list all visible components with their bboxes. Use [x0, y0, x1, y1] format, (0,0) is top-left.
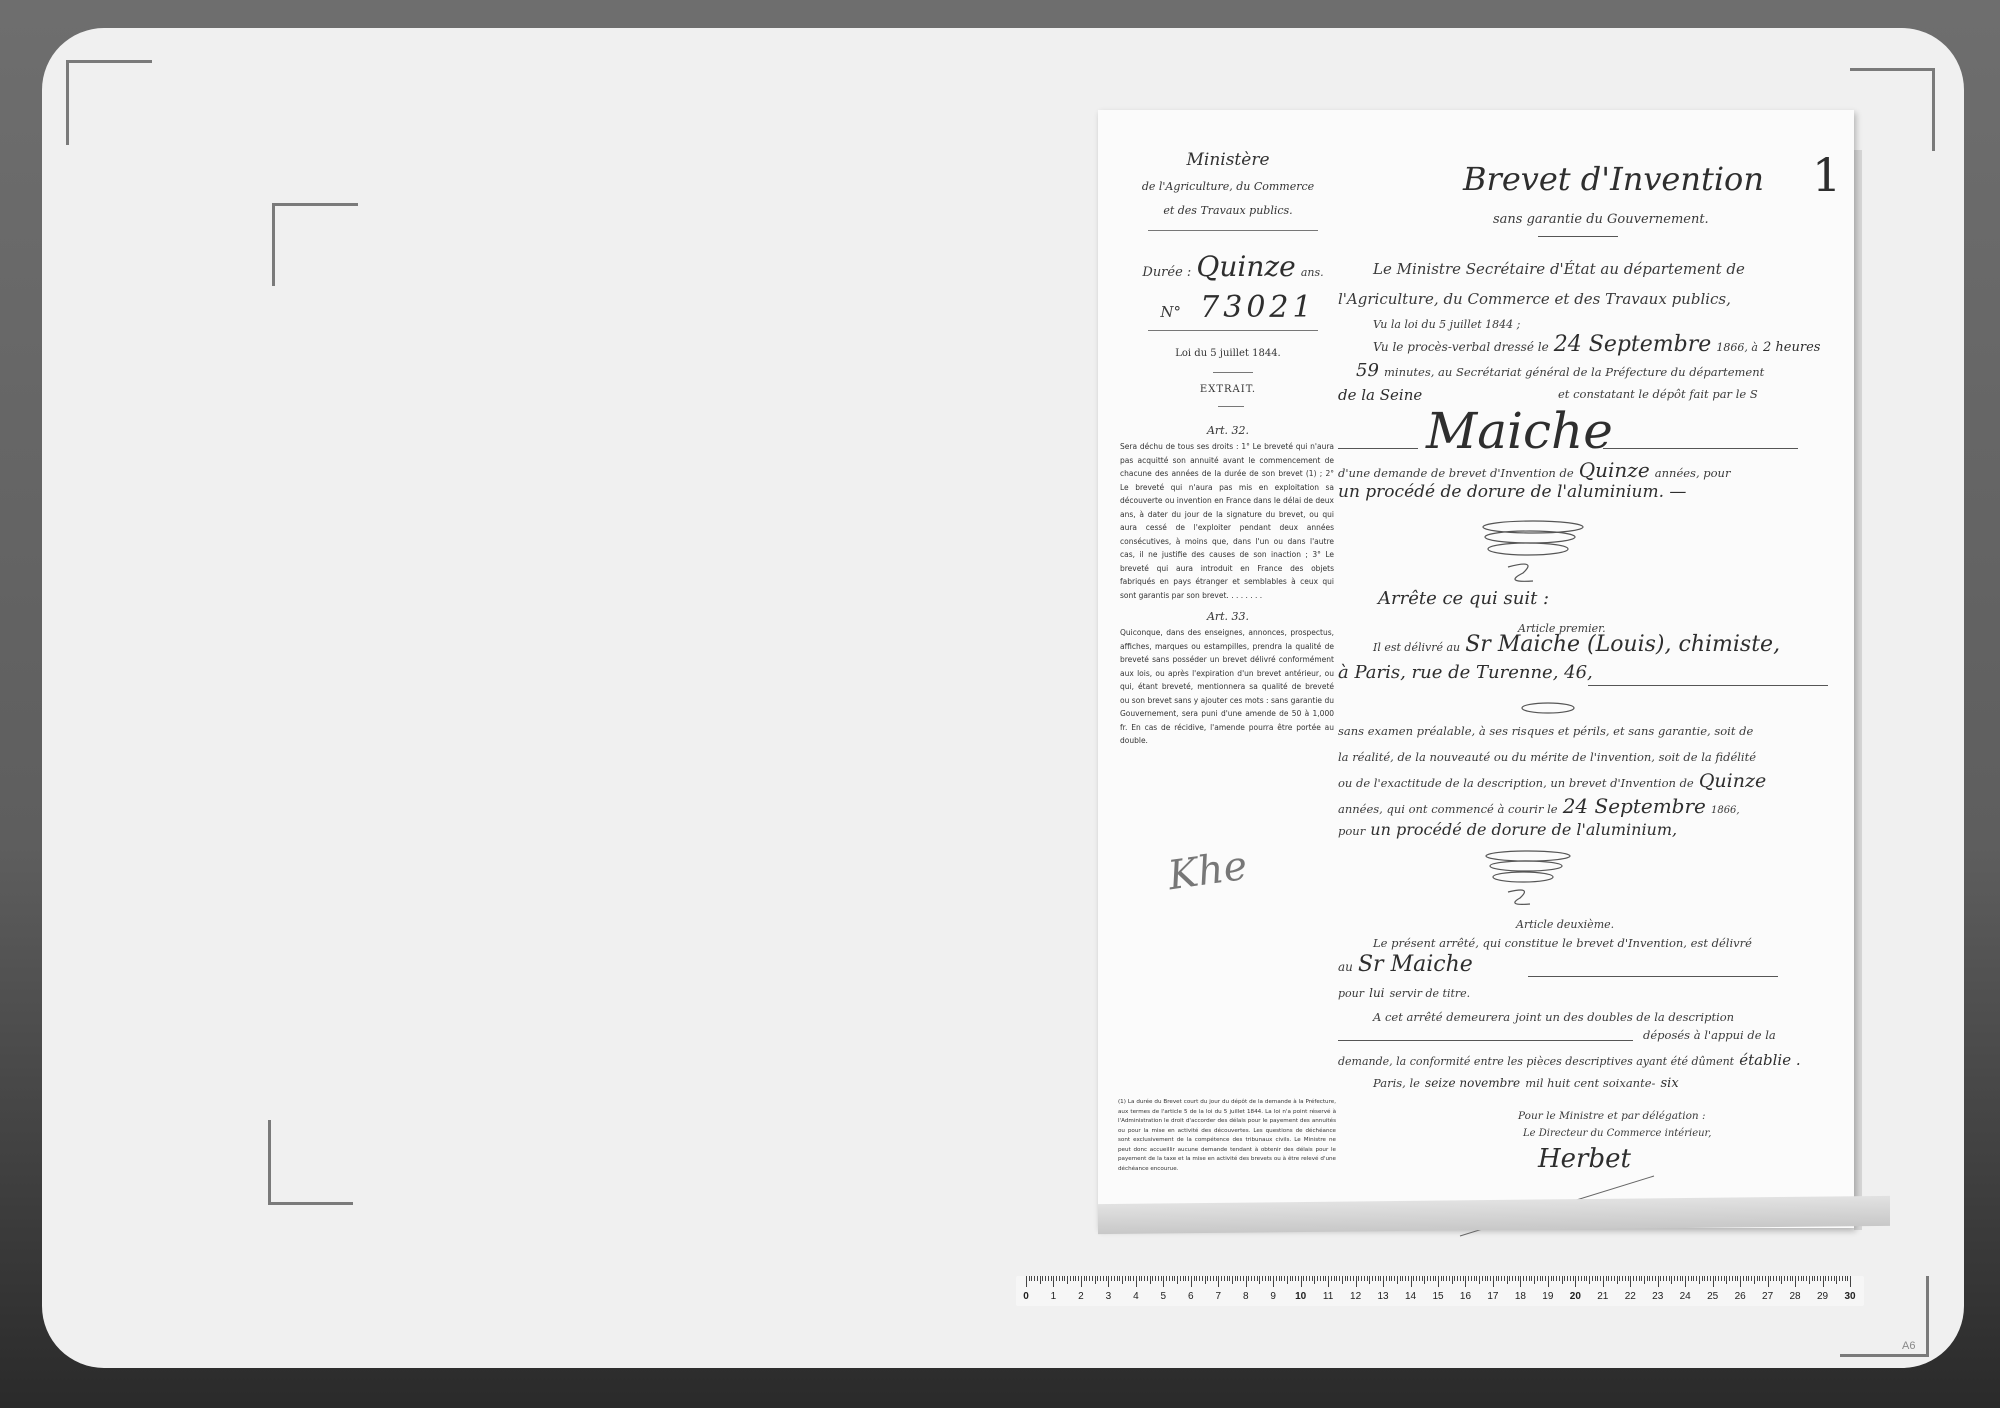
- ruler-tick: [1128, 1276, 1129, 1281]
- ruler-label: 14: [1405, 1291, 1416, 1302]
- ruler-tick: [1213, 1276, 1214, 1281]
- patent-number: 73021: [1200, 290, 1315, 325]
- ruler-tick: [1735, 1276, 1736, 1281]
- ruler-tick: [1663, 1276, 1664, 1281]
- ruler-tick: [1367, 1276, 1368, 1281]
- ruler-tick: [1342, 1276, 1343, 1284]
- article2-line6: demande, la conformité entre les pièces …: [1338, 1050, 1801, 1069]
- preamble-line3: Vu la loi du 5 juillet 1844 ;: [1373, 318, 1520, 331]
- ruler-tick: [1073, 1276, 1074, 1281]
- ruler-tick: [1273, 1276, 1274, 1287]
- article-text: pour: [1338, 987, 1364, 1000]
- ruler-tick: [1262, 1276, 1263, 1281]
- ruler-tick: [1465, 1276, 1466, 1287]
- ruler-tick: [1707, 1276, 1708, 1281]
- ruler-tick: [1592, 1276, 1593, 1281]
- ruler-tick: [1364, 1276, 1365, 1281]
- article-text: mil huit cent soixante-: [1525, 1076, 1655, 1090]
- ruler-tick: [1169, 1276, 1170, 1281]
- invention-purpose: un procédé de dorure de l'aluminium. —: [1338, 482, 1686, 502]
- ruler-tick: [1682, 1276, 1683, 1281]
- ruler-tick: [1144, 1276, 1145, 1281]
- ruler-tick: [1773, 1276, 1774, 1281]
- ruler-tick: [1776, 1276, 1777, 1281]
- article-text: joint un des doubles de la description: [1515, 1010, 1734, 1024]
- ruler-tick: [1622, 1276, 1623, 1281]
- ruler-tick: [1765, 1276, 1766, 1281]
- ruler-tick: [1586, 1276, 1587, 1281]
- ruler-tick: [1290, 1276, 1291, 1281]
- signature-line1: Pour le Ministre et par délégation :: [1518, 1110, 1706, 1122]
- ruler-tick: [1246, 1276, 1247, 1287]
- ruler-tick: [1413, 1276, 1414, 1281]
- ruler-tick: [1378, 1276, 1379, 1281]
- ruler-tick: [1026, 1276, 1027, 1287]
- ruler-tick: [1487, 1276, 1488, 1281]
- article-text: Il est délivré au: [1373, 641, 1460, 654]
- crop-mark-outer-top-right: [1850, 68, 1935, 151]
- ruler-tick: [1740, 1276, 1741, 1287]
- ruler-label: 4: [1133, 1291, 1139, 1302]
- ruler-tick: [1759, 1276, 1760, 1281]
- ruler-tick: [1139, 1276, 1140, 1281]
- ruler-tick: [1449, 1276, 1450, 1281]
- article2-line5: déposés à l'appui de la: [1643, 1028, 1776, 1042]
- ruler-tick: [1205, 1276, 1206, 1284]
- ruler-tick: [1471, 1276, 1472, 1281]
- ruler-label: 8: [1243, 1291, 1249, 1302]
- ruler-tick: [1803, 1276, 1804, 1281]
- ruler-tick: [1526, 1276, 1527, 1281]
- ruler-tick: [1693, 1276, 1694, 1281]
- board-label: A6: [1902, 1340, 1915, 1352]
- article-text: ou de l'exactitude de la description, un…: [1338, 776, 1694, 790]
- ruler-label: 1: [1051, 1291, 1057, 1302]
- art32-title: Art. 32.: [1118, 424, 1338, 437]
- ruler-tick: [1606, 1276, 1607, 1281]
- ruler-tick: [1724, 1276, 1725, 1281]
- ruler-tick: [1531, 1276, 1532, 1281]
- ruler-tick: [1279, 1276, 1280, 1281]
- ruler-tick: [1325, 1276, 1326, 1281]
- ruler-tick: [1603, 1276, 1604, 1287]
- ruler-label: 10: [1295, 1291, 1306, 1302]
- ruler-tick: [1086, 1276, 1087, 1281]
- ruler-tick: [1422, 1276, 1423, 1281]
- duree-row: Durée : Quinze ans.: [1128, 250, 1338, 283]
- preamble-line2: l'Agriculture, du Commerce et des Travau…: [1338, 290, 1731, 308]
- ruler-tick: [1669, 1276, 1670, 1281]
- law-reference: Loi du 5 juillet 1844.: [1118, 348, 1338, 359]
- ruler-tick: [1787, 1276, 1788, 1281]
- patent-document: 1 Ministère de l'Agriculture, du Commerc…: [1098, 110, 1854, 1228]
- ruler-tick: [1806, 1276, 1807, 1281]
- ruler-tick: [1232, 1276, 1233, 1284]
- ruler-tick: [1482, 1276, 1483, 1281]
- ruler-tick: [1715, 1276, 1716, 1281]
- ruler-tick: [1636, 1276, 1637, 1281]
- art32-text: Sera déchu de tous ses droits : 1° Le br…: [1120, 440, 1334, 602]
- ruler-tick: [1136, 1276, 1137, 1287]
- ruler-tick: [1501, 1276, 1502, 1281]
- ruler-tick: [1666, 1276, 1667, 1281]
- margin-initials: Khe: [1165, 843, 1250, 900]
- issue-year: six: [1661, 1076, 1679, 1091]
- ruler-tick: [1284, 1276, 1285, 1281]
- ruler-tick: [1100, 1276, 1101, 1281]
- ruler-label: 17: [1487, 1291, 1498, 1302]
- ruler-tick: [1509, 1276, 1510, 1281]
- ruler-tick: [1457, 1276, 1458, 1281]
- ruler-tick: [1254, 1276, 1255, 1281]
- name-rule-left: [1338, 448, 1418, 449]
- ruler-tick: [1240, 1276, 1241, 1281]
- ruler-tick: [1257, 1276, 1258, 1281]
- ruler-tick: [1545, 1276, 1546, 1281]
- ruler-tick: [1345, 1276, 1346, 1281]
- page-number: 1: [1812, 148, 1841, 202]
- article1-text5: pour un procédé de dorure de l'aluminium…: [1338, 820, 1677, 839]
- ruler-tick: [1680, 1276, 1681, 1281]
- ruler-tick: [1476, 1276, 1477, 1281]
- ruler-tick: [1628, 1276, 1629, 1281]
- ruler-tick: [1400, 1276, 1401, 1281]
- handwritten-word: établie .: [1739, 1051, 1800, 1069]
- ruler-tick: [1520, 1276, 1521, 1287]
- ruler-tick: [1671, 1276, 1672, 1284]
- crop-mark-inner-top-left: [272, 203, 358, 286]
- ruler-tick: [1842, 1276, 1843, 1281]
- ruler-tick: [1218, 1276, 1219, 1287]
- ruler-tick: [1268, 1276, 1269, 1281]
- ruler-tick: [1150, 1276, 1151, 1284]
- name-rule: [1528, 976, 1778, 977]
- ruler-tick: [1405, 1276, 1406, 1281]
- ruler-label: 30: [1844, 1291, 1855, 1302]
- ruler-tick: [1479, 1276, 1480, 1284]
- ruler-tick: [1713, 1276, 1714, 1287]
- deposit-date: 24 Septembre: [1554, 332, 1712, 357]
- ruler-tick: [1347, 1276, 1348, 1281]
- ruler-tick: [1438, 1276, 1439, 1287]
- ruler-tick: [1155, 1276, 1156, 1281]
- footnote: (1) La durée du Brevet court du jour du …: [1118, 1098, 1336, 1174]
- ruler-tick: [1064, 1276, 1065, 1281]
- ruler-tick: [1743, 1276, 1744, 1281]
- document-title: Brevet d'Invention: [1463, 160, 1764, 198]
- deposit-hours: 2 heures: [1763, 340, 1820, 355]
- ruler-tick: [1237, 1276, 1238, 1281]
- ruler-tick: [1375, 1276, 1376, 1281]
- ruler-tick: [1647, 1276, 1648, 1281]
- ruler-tick: [1617, 1276, 1618, 1284]
- ruler-tick: [1746, 1276, 1747, 1281]
- ruler-tick: [1718, 1276, 1719, 1281]
- department: de la Seine: [1338, 386, 1422, 404]
- preamble-text: minutes, au Secrétariat général de la Pr…: [1384, 365, 1764, 379]
- ruler-tick: [1034, 1276, 1035, 1281]
- ruler-tick: [1834, 1276, 1835, 1281]
- ruler-tick: [1185, 1276, 1186, 1281]
- article-text: Paris, le: [1373, 1076, 1420, 1090]
- ruler-tick: [1062, 1276, 1063, 1281]
- preamble-text: et constatant le dépôt fait par le S: [1558, 387, 1758, 401]
- ruler-tick: [1216, 1276, 1217, 1281]
- ruler-tick: [1737, 1276, 1738, 1281]
- ruler-tick: [1817, 1276, 1818, 1281]
- ruler-tick: [1460, 1276, 1461, 1281]
- ruler-tick: [1235, 1276, 1236, 1281]
- deposit-year: 1866, à: [1716, 341, 1758, 354]
- ruler-tick: [1353, 1276, 1354, 1281]
- ruler-tick: [1633, 1276, 1634, 1281]
- ruler-tick: [1845, 1276, 1846, 1281]
- ruler-tick: [1383, 1276, 1384, 1287]
- ruler-tick: [1595, 1276, 1596, 1281]
- crop-mark-inner-bottom-left: [268, 1120, 353, 1205]
- art33-title: Art. 33.: [1118, 610, 1338, 623]
- ruler-label: 22: [1625, 1291, 1636, 1302]
- ruler-tick: [1141, 1276, 1142, 1281]
- divider-short: [1213, 372, 1253, 373]
- ruler-tick: [1314, 1276, 1315, 1284]
- ruler-tick: [1644, 1276, 1645, 1284]
- ruler-tick: [1790, 1276, 1791, 1281]
- patent-duration: Quinze: [1699, 770, 1766, 792]
- ruler-tick: [1188, 1276, 1189, 1281]
- ruler-tick: [1619, 1276, 1620, 1281]
- ruler-tick: [1534, 1276, 1535, 1284]
- ruler-label: 27: [1762, 1291, 1773, 1302]
- flourish-small: [1518, 698, 1578, 718]
- ruler-tick: [1270, 1276, 1271, 1281]
- ruler-tick: [1721, 1276, 1722, 1281]
- ruler-tick: [1792, 1276, 1793, 1281]
- ruler-tick: [1443, 1276, 1444, 1281]
- article2-title: Article deuxième.: [1516, 918, 1614, 931]
- ruler-tick: [1751, 1276, 1752, 1281]
- ruler-label: 15: [1432, 1291, 1443, 1302]
- ruler-tick: [1608, 1276, 1609, 1281]
- ruler-tick: [1251, 1276, 1252, 1281]
- ruler-tick: [1540, 1276, 1541, 1281]
- ruler-tick: [1221, 1276, 1222, 1281]
- ruler-tick: [1474, 1276, 1475, 1281]
- ruler-label: 18: [1515, 1291, 1526, 1302]
- blank-rule: [1338, 1040, 1633, 1041]
- invention-purpose: un procédé de dorure de l'aluminium,: [1370, 820, 1677, 839]
- preamble-line8: d'une demande de brevet d'Invention de Q…: [1338, 458, 1730, 482]
- ruler-tick: [1391, 1276, 1392, 1281]
- ruler-tick: [1652, 1276, 1653, 1281]
- ruler-tick: [1649, 1276, 1650, 1281]
- ruler-tick: [1298, 1276, 1299, 1281]
- ruler-tick: [1397, 1276, 1398, 1284]
- ruler-tick: [1699, 1276, 1700, 1284]
- ruler-tick: [1685, 1276, 1686, 1287]
- ruler-tick: [1196, 1276, 1197, 1281]
- article2-line2: au Sr Maiche: [1338, 952, 1473, 977]
- ruler-tick: [1103, 1276, 1104, 1281]
- ruler-tick: [1548, 1276, 1549, 1287]
- ruler-tick: [1578, 1276, 1579, 1281]
- ruler-label: 20: [1570, 1291, 1581, 1302]
- ruler-tick: [1427, 1276, 1428, 1281]
- ruler-tick: [1812, 1276, 1813, 1281]
- divider-short: [1218, 406, 1244, 407]
- ruler-tick: [1281, 1276, 1282, 1281]
- arrete-heading: Arrête ce qui suit :: [1378, 588, 1549, 609]
- preamble-line5: 59 minutes, au Secrétariat général de la…: [1356, 360, 1764, 381]
- ruler-tick: [1386, 1276, 1387, 1281]
- ruler-label: 0: [1023, 1291, 1029, 1302]
- ruler-tick: [1600, 1276, 1601, 1281]
- ruler-tick: [1130, 1276, 1131, 1281]
- ruler-label: 21: [1597, 1291, 1608, 1302]
- ruler-tick: [1229, 1276, 1230, 1281]
- ruler-label: 5: [1161, 1291, 1167, 1302]
- crop-mark-outer-top-left: [66, 60, 152, 145]
- article-text: demande, la conformité entre les pièces …: [1338, 1055, 1734, 1068]
- article-text: servir de titre.: [1390, 987, 1471, 1000]
- ruler-tick: [1191, 1276, 1192, 1287]
- ruler-tick: [1784, 1276, 1785, 1281]
- start-date: 24 Septembre: [1563, 794, 1706, 818]
- ruler-tick: [1075, 1276, 1076, 1281]
- ruler-tick: [1847, 1276, 1848, 1281]
- extrait-heading: EXTRAIT.: [1118, 384, 1338, 395]
- ministry-line3: et des Travaux publics.: [1118, 204, 1338, 217]
- duree-value: Quinze: [1196, 250, 1295, 283]
- ruler-label: 16: [1460, 1291, 1471, 1302]
- ruler-tick: [1095, 1276, 1096, 1284]
- ruler-tick: [1147, 1276, 1148, 1281]
- ruler-tick: [1287, 1276, 1288, 1284]
- ruler-tick: [1227, 1276, 1228, 1281]
- ruler-tick: [1831, 1276, 1832, 1281]
- flourish-ornament: [1478, 515, 1598, 595]
- ruler-tick: [1114, 1276, 1115, 1281]
- ruler-tick: [1770, 1276, 1771, 1281]
- ruler-tick: [1372, 1276, 1373, 1281]
- ruler-tick: [1518, 1276, 1519, 1281]
- ruler-tick: [1562, 1276, 1563, 1284]
- ruler-tick: [1575, 1276, 1576, 1287]
- art33-text: Quiconque, dans des enseignes, annonces,…: [1120, 626, 1334, 748]
- ruler-tick: [1117, 1276, 1118, 1281]
- ruler-tick: [1641, 1276, 1642, 1281]
- grantee-name: Sr Maiche (Louis), chimiste,: [1465, 632, 1780, 657]
- start-year: 1866,: [1711, 805, 1740, 816]
- ruler-tick: [1485, 1276, 1486, 1281]
- ruler-label: 7: [1215, 1291, 1221, 1302]
- ruler-tick: [1084, 1276, 1085, 1281]
- ruler-label: 24: [1680, 1291, 1691, 1302]
- ruler-tick: [1194, 1276, 1195, 1281]
- ruler-tick: [1306, 1276, 1307, 1281]
- ruler-tick: [1825, 1276, 1826, 1281]
- ministry-line2: de l'Agriculture, du Commerce: [1118, 180, 1338, 193]
- ruler-label: 23: [1652, 1291, 1663, 1302]
- article1-text2: la réalité, de la nouveauté ou du mérite…: [1338, 750, 1756, 764]
- ruler-tick: [1677, 1276, 1678, 1281]
- ruler-tick: [1433, 1276, 1434, 1281]
- ruler-tick: [1490, 1276, 1491, 1281]
- ruler-tick: [1688, 1276, 1689, 1281]
- ruler-tick: [1161, 1276, 1162, 1281]
- depositor-name: Maiche: [1426, 402, 1613, 460]
- ruler-tick: [1040, 1276, 1041, 1284]
- ruler-tick: [1614, 1276, 1615, 1281]
- article2-line1: Le présent arrêté, qui constitue le brev…: [1373, 936, 1752, 950]
- number-row: N° 73021: [1138, 290, 1338, 325]
- ruler-tick: [1070, 1276, 1071, 1281]
- ruler-tick: [1691, 1276, 1692, 1281]
- ruler-tick: [1331, 1276, 1332, 1281]
- ruler-tick: [1836, 1276, 1837, 1284]
- ruler-tick: [1463, 1276, 1464, 1281]
- ruler-tick: [1089, 1276, 1090, 1281]
- preamble-line4: Vu le procès-verbal dressé le 24 Septemb…: [1373, 332, 1820, 357]
- article1-text1: sans examen préalable, à ses risques et …: [1338, 724, 1753, 738]
- ruler-tick: [1507, 1276, 1508, 1284]
- divider: [1148, 330, 1318, 331]
- ruler-tick: [1389, 1276, 1390, 1281]
- ruler-tick: [1111, 1276, 1112, 1281]
- ruler-tick: [1850, 1276, 1851, 1287]
- ruler-tick: [1611, 1276, 1612, 1281]
- article2-line3: pour lui servir de titre.: [1338, 982, 1470, 1001]
- ruler-tick: [1570, 1276, 1571, 1281]
- article-text: années, qui ont commencé à courir le: [1338, 802, 1558, 816]
- ruler-tick: [1119, 1276, 1120, 1281]
- ruler-tick: [1584, 1276, 1585, 1281]
- ruler-tick: [1078, 1276, 1079, 1281]
- ruler-tick: [1454, 1276, 1455, 1281]
- ruler-tick: [1674, 1276, 1675, 1281]
- ruler-tick: [1301, 1276, 1302, 1287]
- ruler-tick: [1056, 1276, 1057, 1281]
- ruler-tick: [1529, 1276, 1530, 1281]
- ruler-tick: [1369, 1276, 1370, 1284]
- ruler-label: 12: [1350, 1291, 1361, 1302]
- ruler-tick: [1106, 1276, 1107, 1281]
- measuring-ruler: 0123456789101112131415161718192021222324…: [1016, 1276, 1864, 1306]
- ruler-tick: [1180, 1276, 1181, 1281]
- ruler-tick: [1435, 1276, 1436, 1281]
- flourish-ornament: [1478, 846, 1588, 912]
- preamble-text: années, pour: [1655, 466, 1731, 480]
- divider: [1148, 230, 1318, 231]
- sheet-edge-shadow: [1854, 150, 1862, 1230]
- duree-unit: ans.: [1301, 266, 1324, 279]
- ruler-tick: [1726, 1276, 1727, 1284]
- ruler-label: 11: [1323, 1291, 1333, 1302]
- article2-line4: A cet arrêté demeurera joint un des doub…: [1373, 1006, 1734, 1025]
- ruler-tick: [1419, 1276, 1420, 1281]
- ruler-tick: [1581, 1276, 1582, 1281]
- ruler-label: 3: [1106, 1291, 1112, 1302]
- ruler-tick: [1177, 1276, 1178, 1284]
- duree-label: Durée :: [1142, 265, 1191, 280]
- ruler-tick: [1207, 1276, 1208, 1281]
- ruler-tick: [1031, 1276, 1032, 1281]
- ruler-tick: [1798, 1276, 1799, 1281]
- preamble-text: d'une demande de brevet d'Invention de: [1338, 466, 1574, 480]
- ruler-tick: [1029, 1276, 1030, 1281]
- ruler-tick: [1523, 1276, 1524, 1281]
- article1-line1: Il est délivré au Sr Maiche (Louis), chi…: [1373, 632, 1780, 657]
